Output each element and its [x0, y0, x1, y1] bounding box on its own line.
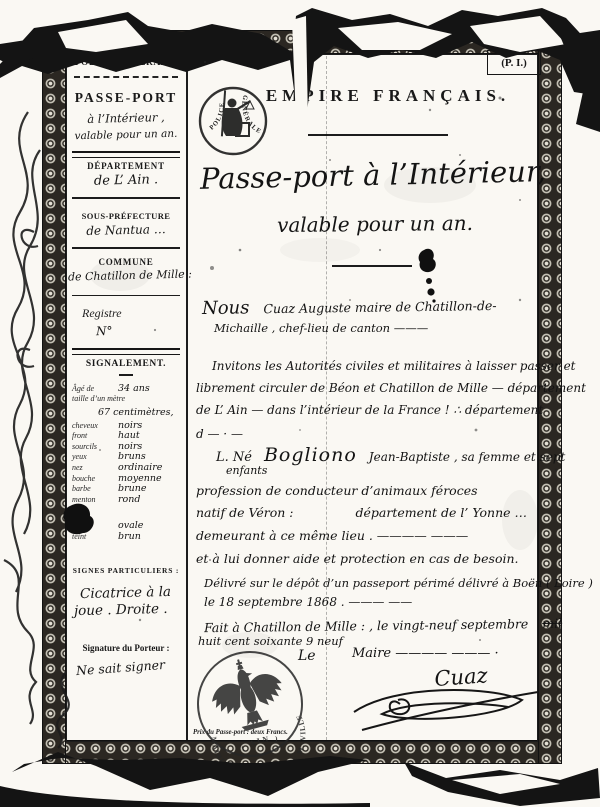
signalement-row: teintbrun [72, 531, 184, 542]
signalement-row: 67 centimètres, [72, 407, 184, 420]
departement-label: DÉPARTEMENT [70, 161, 182, 171]
body-name-line: L. Né Bogliono Jean-Baptiste , sa femme … [216, 444, 565, 466]
double-rule [72, 348, 180, 355]
border-top [42, 30, 562, 54]
sous-prefecture-value: de Nantua … [70, 222, 182, 239]
rule [72, 197, 180, 199]
body-line10: demeurant à ce même lieu . ———— ——— [196, 528, 468, 543]
signature-name: Cuaz [434, 663, 490, 691]
commune-label: COMMUNE [70, 257, 182, 267]
body-line8: profession de conducteur d’animaux féroc… [196, 483, 478, 498]
natif-left: natif de Véron : [196, 505, 294, 520]
fait-struck-word: mil [542, 616, 562, 631]
signalement-row: Âgé de34 ans [72, 383, 184, 394]
signalement-title: SIGNALEMENT. [70, 359, 182, 369]
body-line13: le 18 septembre 1868 . ——— —— [204, 595, 412, 609]
body-enfants: enfants [226, 464, 267, 477]
corner-tag: (P. I.) [501, 57, 527, 69]
signalement-row: yeuxbruns [72, 451, 184, 462]
rule [72, 247, 180, 249]
signalement-list: Âgé de34 ans taille d’un mètre 67 centim… [72, 383, 184, 542]
border-left [42, 30, 66, 764]
passeport-heading: PASSE-PORT [70, 90, 182, 106]
column-divider [186, 55, 188, 740]
signes-line2: joue . Droite . [74, 601, 168, 619]
body-nous-line: Nous Cuaz Auguste maire de Chatillon-de- [202, 294, 497, 319]
body-line4: librement circuler de Béon et Chatillon … [196, 381, 586, 395]
registre-value: N° [96, 324, 113, 338]
signalement-row: visageovale [72, 520, 184, 531]
heading-rule [308, 134, 448, 136]
signes-title: SIGNES PARTICULIERS : [70, 566, 182, 575]
registre-label: Registre [82, 306, 122, 321]
signalement-row: nezordinaire [72, 462, 184, 473]
body-line5: de L’ Ain — dans l’intérieur de la Franc… [196, 403, 543, 417]
signalement-row: barbebrune [72, 483, 184, 494]
body-line2: Michaille , chef-lieu de canton ——— [214, 321, 428, 335]
name-post: Jean-Baptiste , sa femme et sept [369, 450, 566, 464]
body-line11: et à lui donner aide et protection en ca… [196, 551, 519, 566]
justice-figure-icon [221, 90, 254, 136]
interieur-line: à l’Intérieur , [70, 110, 182, 127]
sous-prefecture-label: SOUS-PRÉFECTURE [70, 211, 182, 221]
body-line6: d — · — [196, 427, 243, 441]
body-line9: natif de Véron : département de l’ Yonne… [196, 505, 527, 520]
double-rule [72, 151, 180, 158]
signalement-row: taille d’un mètre [72, 394, 184, 407]
subtitle-rule [332, 265, 412, 267]
name-pre: L. Né [216, 450, 252, 465]
porteur-signature-label: Signature du Porteur : [70, 643, 182, 653]
signature-flourish [354, 690, 538, 730]
natif-right: département de l’ Yonne … [356, 505, 528, 520]
fold-crease [326, 56, 327, 740]
empire-heading: EMPIRE FRANÇAIS. [255, 86, 521, 106]
signalement-row: bouchemoyenne [72, 473, 184, 484]
passport-document: (P. I.) POLICE GÉNÉRALE. PASSE-PORT à l’… [0, 0, 600, 807]
police-generale-heading: POLICE GÉNÉRALE. [70, 58, 182, 68]
nous-rest: Cuaz Auguste maire de Chatillon-de- [263, 298, 496, 316]
rule [119, 374, 133, 376]
body-line12: Délivré sur le dépôt d’un passeport péri… [204, 576, 593, 590]
price-note: Prix du Passe-port : deux Francs. [193, 729, 288, 736]
signalement-row: sourcilsnoirs [72, 441, 184, 452]
rule [72, 295, 180, 296]
mairie-stamp: MAIRIE DE CHATILLON DE M.-VILLE ( AIN ) [190, 644, 310, 764]
signalement-row: cheveuxnoirs [72, 420, 184, 431]
signalement-row: fronthaut [72, 430, 184, 441]
signalement-row: mentonrond [72, 494, 184, 505]
departement-value: de L’ Ain . [70, 172, 182, 190]
holder-name: Bogliono [264, 444, 357, 466]
mayor-signature: Cuaz [340, 652, 555, 747]
nous-word: Nous [202, 297, 250, 319]
body-line3: Invitons les Autorités civiles et milita… [212, 359, 576, 373]
dashed-rule [74, 76, 178, 78]
passport-subtitle: valable pour un an. [230, 210, 520, 237]
corner-tag-box: (P. I.) [487, 50, 541, 75]
signes-line1: Cicatrice à la [80, 584, 171, 602]
